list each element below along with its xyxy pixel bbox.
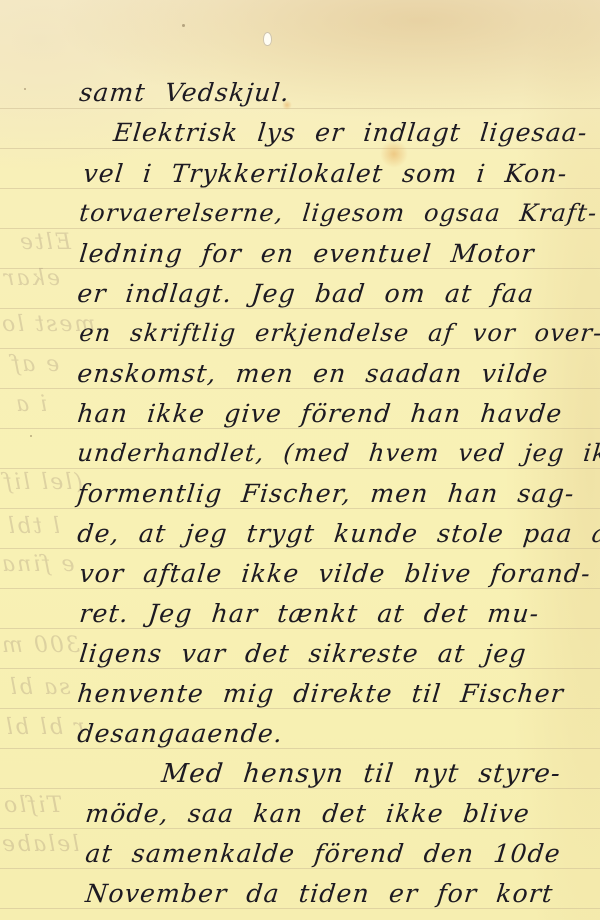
ruled-line: [0, 628, 600, 629]
handwritten-line: enskomst, men en saadan vilde: [76, 359, 550, 388]
handwritten-line: desangaaende.: [76, 719, 285, 748]
paper-speck: [24, 88, 26, 90]
ruled-line: [0, 228, 600, 229]
handwritten-line: underhandlet, (med hvem ved jeg ikke,: [76, 439, 600, 467]
ruled-line: [0, 388, 600, 389]
ruled-line: [0, 508, 600, 509]
handwritten-line: ret. Jeg har tænkt at det mu-: [78, 599, 541, 628]
bleed-through-text: l tbl: [6, 514, 60, 539]
ruled-line: [0, 668, 600, 669]
handwritten-line: ligens var det sikreste at jeg: [78, 639, 528, 668]
ruled-line: [0, 868, 600, 869]
handwritten-line: er indlagt. Jeg bad om at faa: [76, 279, 536, 308]
handwritten-line: en skriftlig erkjendelse af vor over-: [78, 319, 600, 347]
ruled-line: [0, 268, 600, 269]
bleed-through-text: e af: [10, 352, 59, 377]
handwritten-line: Elektrisk lys er indlagt ligesaa-: [112, 118, 589, 147]
ruled-line: [0, 708, 600, 709]
ruled-line: [0, 348, 600, 349]
handwritten-line: vor aftale ikke vilde blive forand-: [78, 559, 592, 588]
ruled-line: [0, 828, 600, 829]
ruled-line: [0, 188, 600, 189]
bleed-through-text: 300 m: [0, 633, 80, 658]
handwritten-line: formentlig Fischer, men han sag-: [76, 479, 576, 508]
ruled-line: [0, 748, 600, 749]
ruled-line: [0, 588, 600, 589]
letter-page: Elte ekar mest lo e af i a (lel lif l tb…: [0, 0, 600, 920]
handwritten-line: han ikke give förend han havde: [76, 399, 564, 428]
bleed-through-text: r bl bl: [4, 715, 85, 740]
handwritten-line: ledning for en eventuel Motor: [78, 239, 536, 268]
bleed-through-text: Elte: [18, 230, 71, 255]
bleed-through-stamp: ​: [318, 78, 321, 102]
handwritten-line: Med hensyn til nyt styre-: [160, 759, 563, 789]
handwritten-line: samt Vedskjul.: [78, 78, 292, 107]
handwritten-line: at samenkalde förend den 10de: [84, 839, 562, 868]
paper-speck: [30, 435, 32, 437]
ruled-line: [0, 908, 600, 909]
bleed-through-text: Tiflo: [2, 793, 62, 818]
handwritten-line: de, at jeg trygt kunde stole paa at: [76, 519, 600, 548]
bleed-through-text: (lel lif: [2, 470, 83, 495]
ruled-line: [0, 148, 600, 149]
paper-speck: [182, 24, 185, 27]
ruled-line: [0, 108, 600, 109]
bleed-through-text: i a: [14, 392, 47, 417]
handwritten-line: torvaerelserne, ligesom ogsaa Kraft-: [78, 199, 599, 227]
bleed-through-text: e fina: [0, 552, 74, 577]
ruled-line: [0, 428, 600, 429]
punch-hole: [263, 32, 272, 46]
handwritten-line: henvente mig direkte til Fischer: [76, 679, 566, 708]
bleed-through-text: ekar: [2, 266, 60, 291]
handwritten-line: möde, saa kan det ikke blive: [84, 799, 532, 828]
bleed-through-text: lelabe: [0, 832, 79, 857]
handwritten-line: November da tiden er for kort: [84, 879, 555, 908]
ruled-line: [0, 308, 600, 309]
ruled-line: [0, 548, 600, 549]
bleed-through-text: sa bl: [8, 675, 71, 700]
handwritten-line: vel i Trykkerilokalet som i Kon-: [82, 159, 569, 188]
ruled-line: [0, 468, 600, 469]
